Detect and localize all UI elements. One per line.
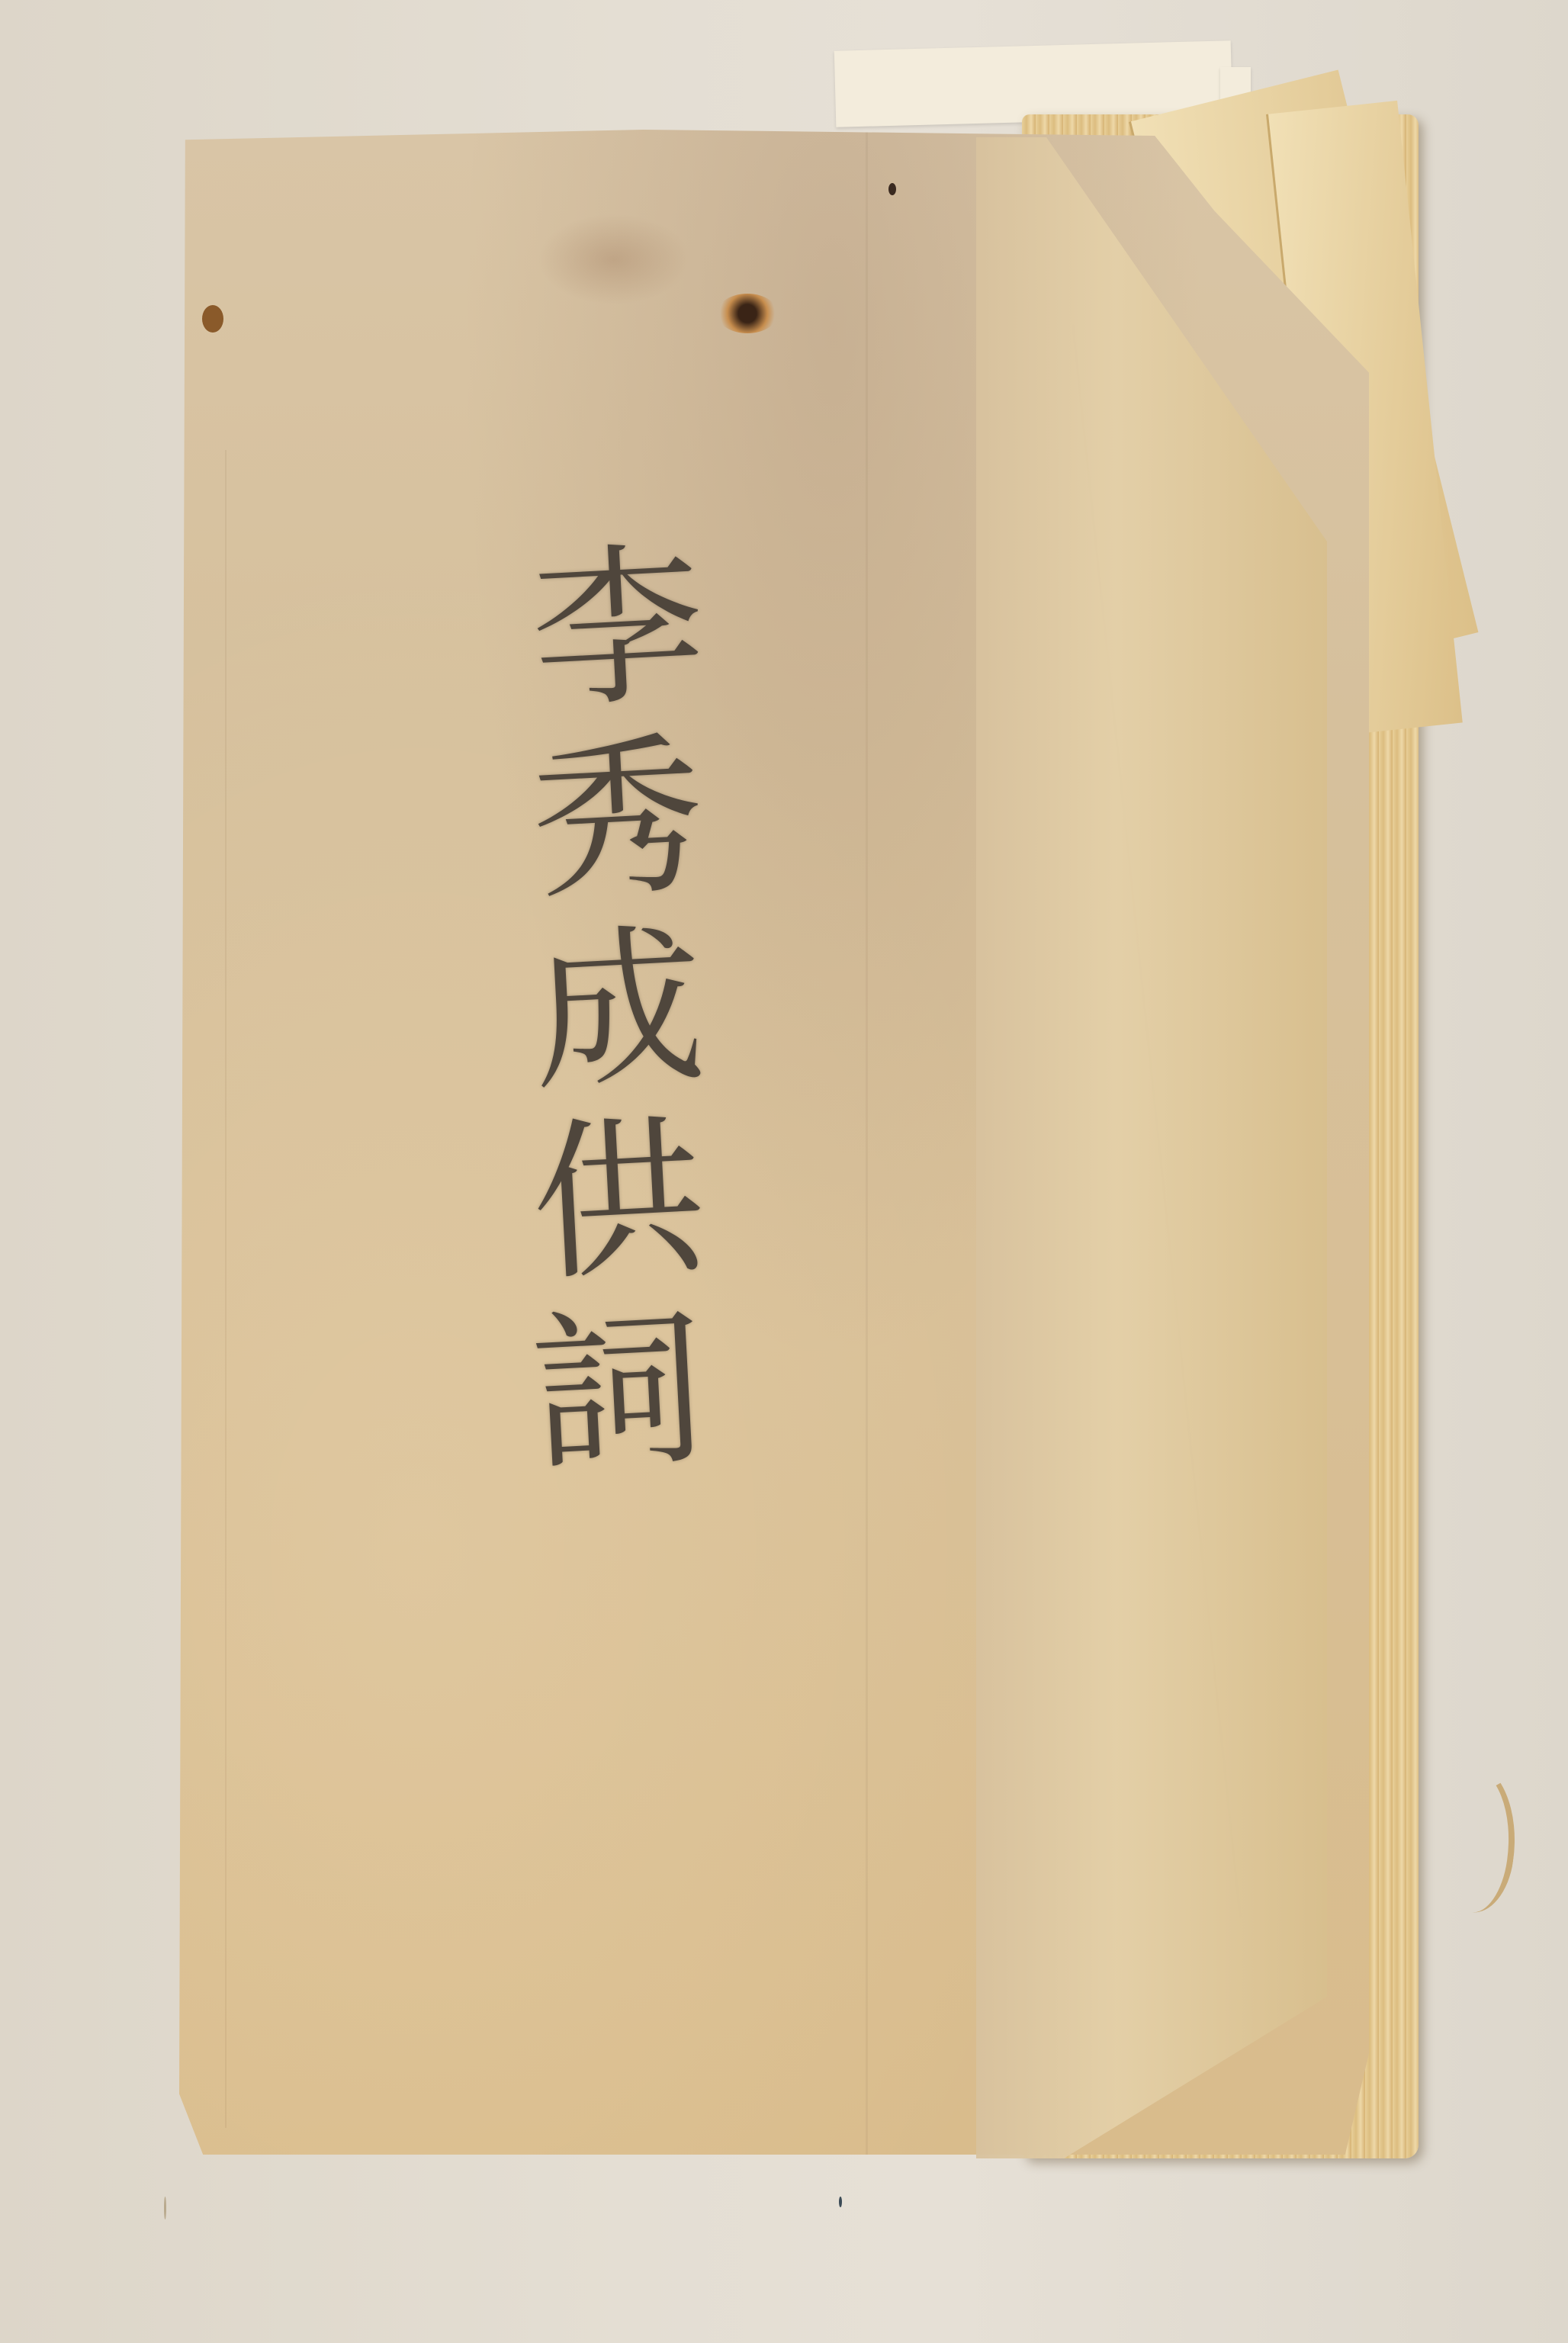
title-char: 成: [527, 911, 708, 1110]
binding-string: [1416, 1756, 1526, 1917]
wormhole: [202, 305, 223, 333]
background-speck: [839, 2197, 842, 2207]
title-char: 供: [527, 1101, 708, 1300]
cover-title: 李 秀 成 供 詞: [526, 534, 709, 1487]
ink-spot: [888, 183, 896, 195]
water-stain: [538, 214, 690, 305]
fold-crease: [225, 450, 227, 2128]
title-char: 秀: [527, 720, 708, 919]
fold-crease: [866, 130, 868, 2155]
title-char: 詞: [527, 1292, 708, 1491]
background-speck: [164, 2197, 166, 2219]
wormhole-stain: [717, 294, 778, 333]
title-char: 李: [527, 529, 708, 728]
